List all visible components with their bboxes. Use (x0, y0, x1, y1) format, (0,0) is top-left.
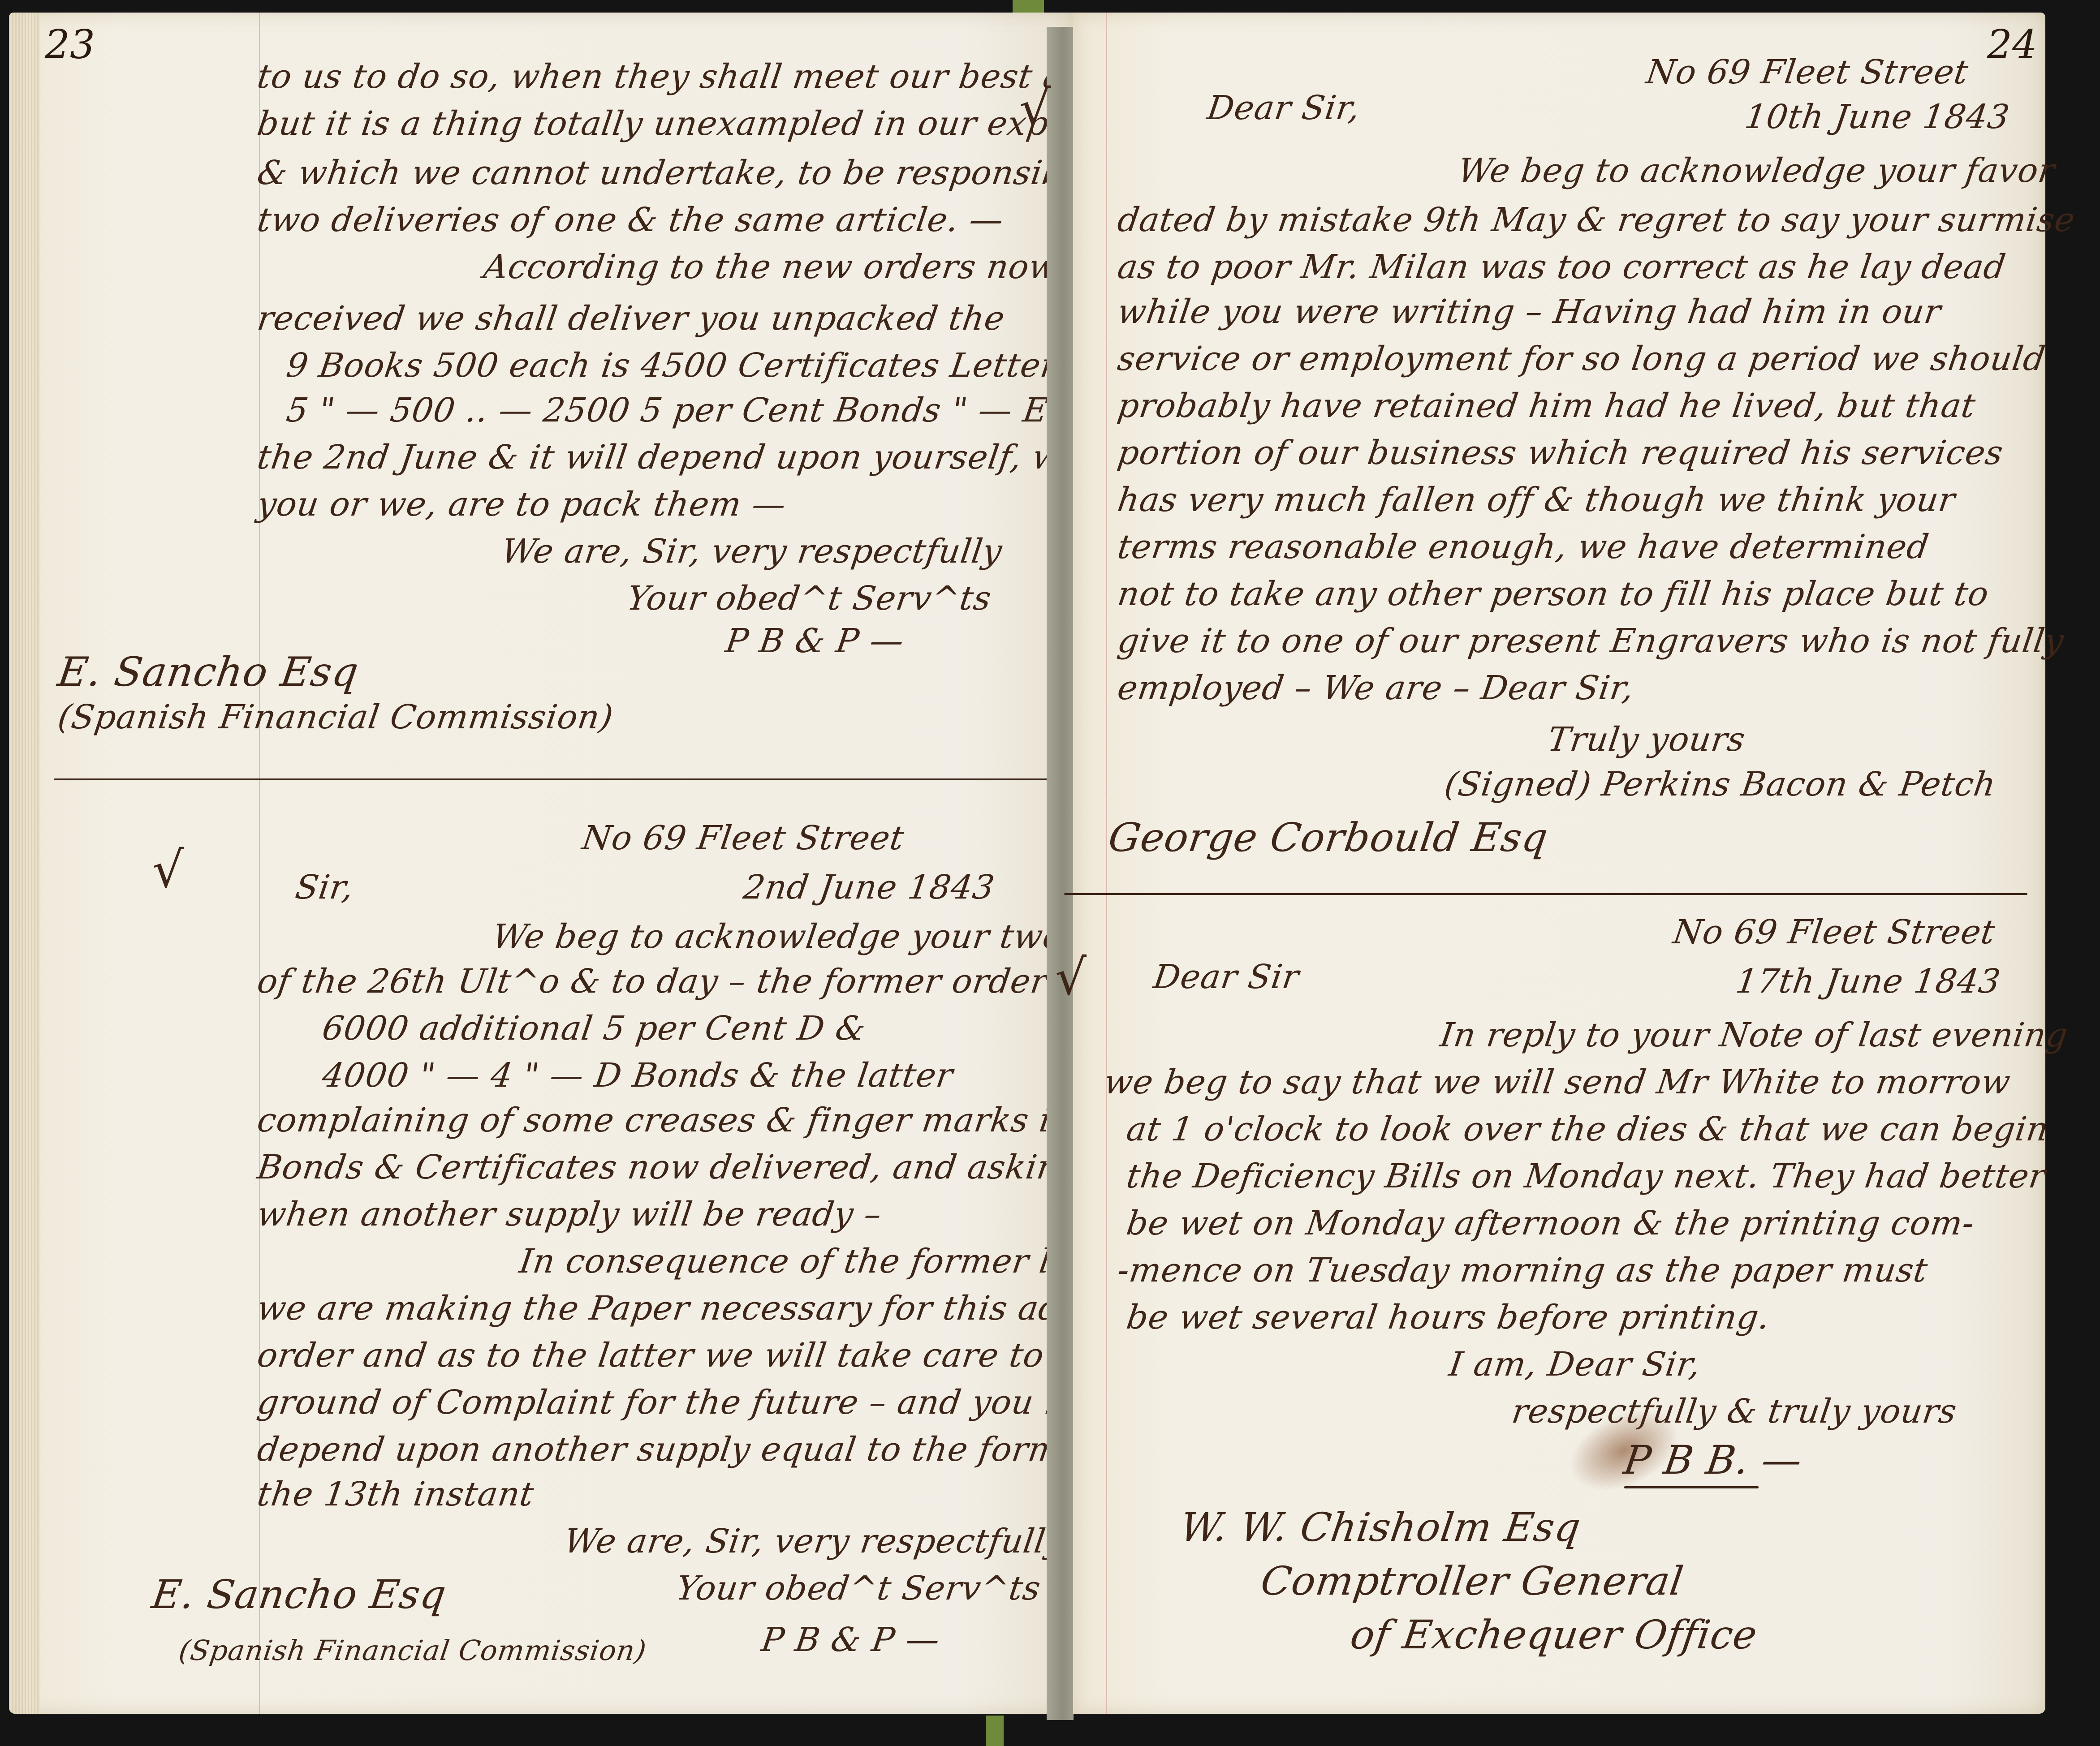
text-line: the Deficiency Bills on Monday next. The… (1124, 1157, 2048, 1196)
margin-rule (1106, 13, 1107, 1714)
text-line: probably have retained him had he lived,… (1115, 387, 1978, 425)
closing-line: I am, Dear Sir, (1447, 1345, 1703, 1384)
text-line: be wet several hours before printing. (1124, 1298, 1772, 1337)
check-mark-icon: √ (1019, 80, 1051, 137)
text-line: In reply to your Note of last evening (1438, 1016, 2070, 1054)
letter-divider (54, 778, 1066, 780)
addressee-office: of Exchequer Office (1348, 1612, 1760, 1658)
text-line: not to take any other person to fill his… (1115, 575, 1991, 613)
open-ledger-book: 23 to us to do so, when they shall meet … (0, 0, 2100, 1746)
addressee-name: E. Sancho Esq (149, 1571, 449, 1617)
addressee-name: E. Sancho Esq (55, 649, 362, 696)
right-page: 24 √ No 69 Fleet Street Dear Sir, 10th J… (1073, 13, 2045, 1714)
text-line: the 13th instant (255, 1475, 536, 1514)
left-page: 23 to us to do so, when they shall meet … (9, 13, 1073, 1714)
addressee-title: Comptroller General (1258, 1558, 1686, 1604)
addressee-title: (Spanish Financial Commission) (56, 698, 616, 736)
text-line: be wet on Monday afternoon & the printin… (1124, 1204, 1977, 1243)
salutation: Dear Sir (1151, 958, 1302, 996)
sender-address: No 69 Fleet Street (1671, 913, 1998, 951)
text-line: two deliveries of one & the same article… (255, 201, 1006, 239)
signature: P B B. — (1621, 1437, 1805, 1483)
book-gutter (1047, 27, 1074, 1720)
text-line: when another supply will be ready – (255, 1195, 884, 1234)
text-line: as to poor Mr. Milan was too correct as … (1115, 248, 2008, 286)
closing-line: Truly yours (1545, 720, 1748, 759)
text-line: give it to one of our present Engravers … (1115, 622, 2066, 660)
text-line: 4000 " — 4 " — D Bonds & the latter (320, 1056, 956, 1095)
letter-divider (1064, 893, 2027, 895)
check-mark-icon: √ (152, 841, 184, 899)
closing-line: Your obed^t Serv^ts (674, 1569, 1043, 1608)
text-line: terms reasonable enough, we have determi… (1115, 528, 1932, 566)
text-line: complaining of some creases & finger mar… (255, 1101, 1142, 1140)
salutation: Sir, (293, 868, 356, 907)
letter-date: 2nd June 1843 (741, 868, 997, 907)
check-mark-icon: √ (1055, 949, 1087, 1006)
sender-address: No 69 Fleet Street (1644, 53, 1971, 91)
text-line: depend upon another supply equal to the … (255, 1430, 1151, 1469)
text-line: -mence on Tuesday morning as the paper m… (1115, 1251, 1930, 1290)
text-line: received we shall deliver you unpacked t… (255, 299, 1007, 338)
text-line: portion of our business which required h… (1115, 434, 2006, 472)
text-line: the 2nd June & it will depend upon yours… (255, 438, 1098, 477)
ribbon-bookmark-bottom (986, 1716, 1004, 1746)
closing-line: We are, Sir, very respectfully (499, 532, 1005, 571)
text-line: we beg to say that we will send Mr White… (1102, 1063, 2013, 1101)
addressee-name: George Corbould Esq (1106, 814, 1551, 860)
text-line: you or we, are to pack them — (255, 485, 789, 524)
sender-address: No 69 Fleet Street (580, 819, 907, 857)
text-line: 6000 additional 5 per Cent D & (320, 1009, 868, 1048)
closing-line: We are, Sir, very respectfully (562, 1522, 1067, 1561)
text-line: In consequence of the former letter (517, 1242, 1138, 1281)
text-line: while you were writing – Having had him … (1115, 292, 1944, 331)
text-line: ground of Complaint for the future – and… (255, 1383, 1119, 1422)
addressee-name: W. W. Chisholm Esq (1177, 1504, 1584, 1550)
text-line: dated by mistake 9th May & regret to say… (1115, 201, 2078, 239)
text-line: but it is a thing totally unexampled in … (255, 104, 1110, 143)
closing-line: Your obed^t Serv^ts (625, 579, 994, 618)
text-line: we are making the Paper necessary for th… (255, 1289, 1174, 1328)
text-line: to us to do so, when they shall meet our… (255, 57, 1147, 96)
signature: (Signed) Perkins Bacon & Petch (1442, 765, 1998, 804)
text-line: 5 " — 500 .. — 2500 5 per Cent Bonds " —… (284, 391, 1104, 430)
text-line: service or employment for so long a peri… (1115, 340, 2048, 378)
text-line: of the 26th Ult^o & to day – the former … (255, 962, 1104, 1001)
text-line: has very much fallen off & though we thi… (1115, 481, 1958, 519)
salutation: Dear Sir, (1205, 89, 1363, 127)
signature-underline (1624, 1486, 1759, 1488)
text-line: According to the new orders now (481, 248, 1061, 286)
text-line: We beg to acknowledge your favor (1456, 151, 2057, 190)
closing-line: respectfully & truly yours (1509, 1392, 1959, 1431)
signature: P B & P — (723, 622, 906, 660)
text-line: 9 Books 500 each is 4500 Certificates Le… (284, 346, 1138, 385)
addressee-title: (Spanish Financial Commission) (177, 1634, 649, 1667)
letter-date: 17th June 1843 (1733, 962, 2003, 1001)
page-number: 24 (1987, 22, 2037, 68)
text-line: & which we cannot undertake, to be respo… (255, 154, 1158, 192)
text-line: employed – We are – Dear Sir, (1115, 669, 1637, 707)
letter-date: 10th June 1843 (1742, 98, 2012, 136)
page-number: 23 (45, 22, 95, 68)
signature: P B & P — (759, 1621, 942, 1659)
text-line: at 1 o'clock to look over the dies & tha… (1124, 1110, 2051, 1148)
